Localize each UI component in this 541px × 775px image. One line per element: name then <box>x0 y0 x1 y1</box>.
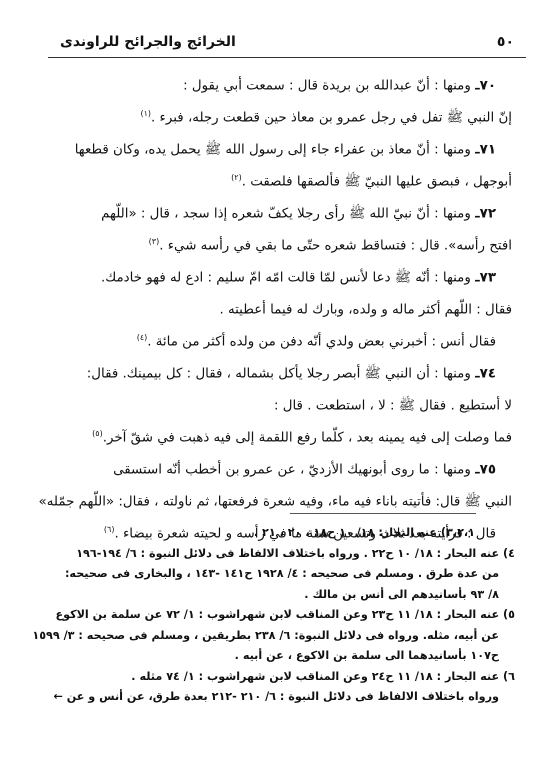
text-line: أبوجهل ، فبصق عليها النبيّ ﷺ فألصقها فلص… <box>40 162 512 194</box>
footnote-line: من عدة طرق . ومسلم فى صحيحه : ٤/ ١٩٢٨ ح١… <box>50 564 515 585</box>
line-text: فما وصلت إلى فيه يمينه بعد ، كلّما رفع ا… <box>103 430 512 445</box>
book-page: الخرائج والجرائح للراوندى ٥٠ ٧٠ـ ومنها :… <box>0 0 541 775</box>
text-line: النبي ﷺ قال: فأتيته باناء فيه ماء، وفيه … <box>40 482 512 514</box>
hadith-number: ٧٣ـ <box>475 270 496 285</box>
page-header: الخرائج والجرائح للراوندى ٥٠ <box>48 30 526 56</box>
line-text: ومنها : أنّ نبيّ الله ﷺ رأى رجلا يكفّ شع… <box>101 206 475 221</box>
line-text: افتح رأسه». قال : فتساقط شعره حتّى ما بق… <box>159 238 512 253</box>
text-line: ٧١ـ ومنها : أنّ معاذ بن عفراء جاء إلى رس… <box>40 130 512 162</box>
footnote-ref: (١) <box>141 109 152 118</box>
running-title: الخرائج والجرائح للراوندى <box>60 34 236 50</box>
footnote-ref: (٢) <box>231 173 242 182</box>
hadith-number: ٧٥ـ <box>475 462 496 477</box>
line-text: ومنها : أن النبي ﷺ أبصر رجلا يأكل بشماله… <box>87 366 475 381</box>
footnote-separator <box>290 513 476 514</box>
footnote-ref: (٣) <box>149 237 160 246</box>
hadith-number: ٧٤ـ <box>475 366 496 381</box>
text-line: فقال أنس : أخبرني بعض ولدي أنّه دفن من و… <box>40 322 512 354</box>
text-line: افتح رأسه». قال : فتساقط شعره حتّى ما بق… <box>40 226 512 258</box>
footnote-line: عن أبيه، مثله. ورواه فى دلائل النبوة: ٦/… <box>50 626 515 647</box>
line-text: ومنها : أنّه ﷺ دعا لأنس لمّا قالت امّه ا… <box>101 270 475 285</box>
hadith-number: ٧٠ـ <box>475 78 496 93</box>
text-line: ٧٤ـ ومنها : أن النبي ﷺ أبصر رجلا يأكل بش… <box>40 354 512 386</box>
footnote-line: ح١٠٧ بأسانيدهما الى سلمة بن الاكوع ، عن … <box>50 646 515 667</box>
line-text: إنّ النبي ﷺ تفل في رجل عمرو بن معاذ حين … <box>151 110 512 125</box>
line-text: فقال : اللّهم أكثر ماله و ولده، وبارك له… <box>219 302 512 317</box>
footnote-ref: (٤) <box>137 333 148 342</box>
footnote-line: ٨/ ٩٣ بأسانيدهم الى أنس بن مالك . <box>50 585 515 606</box>
text-line: ٧٣ـ ومنها : أنّه ﷺ دعا لأنس لمّا قالت ام… <box>40 258 512 290</box>
line-text: لا أستطيع . فقال ﷺ : لا ، استطعت . قال : <box>274 398 512 413</box>
text-line: إنّ النبي ﷺ تفل في رجل عمرو بن معاذ حين … <box>40 98 512 130</box>
page-number: ٥٠ <box>497 34 514 50</box>
line-text: ومنها : أنّ عبدالله بن بريدة قال : سمعت … <box>183 78 475 93</box>
line-text: أبوجهل ، فبصق عليها النبيّ ﷺ فألصقها فلص… <box>242 174 512 189</box>
line-text: ومنها : أنّ معاذ بن عفراء جاء إلى رسول ا… <box>75 142 475 157</box>
footnote-line: ٥) عنه البحار : ١٨/ ١١ ح٢٣ وعن المناقب ل… <box>50 605 515 626</box>
line-text: فقال أنس : أخبرني بعض ولدي أنّه دفن من و… <box>147 334 496 349</box>
line-text: النبي ﷺ قال: فأتيته باناء فيه ماء، وفيه … <box>39 494 512 509</box>
text-line: ٧٠ـ ومنها : أنّ عبدالله بن بريدة قال : س… <box>40 66 512 98</box>
footnote-ref: (٥) <box>92 429 103 438</box>
line-text: ومنها : ما روى أبونهيك الأزديّ ، عن عمرو… <box>113 462 475 477</box>
hadith-number: ٧٢ـ <box>475 206 496 221</box>
footnote-line: ورواه باختلاف الالفاظ فى دلائل النبوة : … <box>50 687 515 708</box>
text-line: فما وصلت إلى فيه يمينه بعد ، كلّما رفع ا… <box>40 418 512 450</box>
text-line: ٧٥ـ ومنها : ما روى أبونهيك الأزديّ ، عن … <box>40 450 512 482</box>
text-line: فقال : اللّهم أكثر ماله و ولده، وبارك له… <box>40 290 512 322</box>
footnotes: ٣،٢،١) عنه البحار: ١٨/ ١٠ ح١٨ ، ٢٠ ، ٢١ … <box>50 523 515 708</box>
text-line: لا أستطيع . فقال ﷺ : لا ، استطعت . قال : <box>40 386 512 418</box>
footnote-line: ٤) عنه البحار : ١٨/ ١٠ ح٢٢ . ورواه باختل… <box>50 544 515 565</box>
main-text: ٧٠ـ ومنها : أنّ عبدالله بن بريدة قال : س… <box>40 66 512 546</box>
text-line: ٧٢ـ ومنها : أنّ نبيّ الله ﷺ رأى رجلا يكف… <box>40 194 512 226</box>
header-rule <box>48 57 526 58</box>
footnote-line: ٣،٢،١) عنه البحار: ١٨/ ١٠ ح١٨ ، ٢٠ ، ٢١ … <box>50 523 515 544</box>
footnote-line: ٦) عنه البحار : ١٨/ ١١ ح٢٤ وعن المناقب ل… <box>50 667 515 688</box>
hadith-number: ٧١ـ <box>475 142 496 157</box>
